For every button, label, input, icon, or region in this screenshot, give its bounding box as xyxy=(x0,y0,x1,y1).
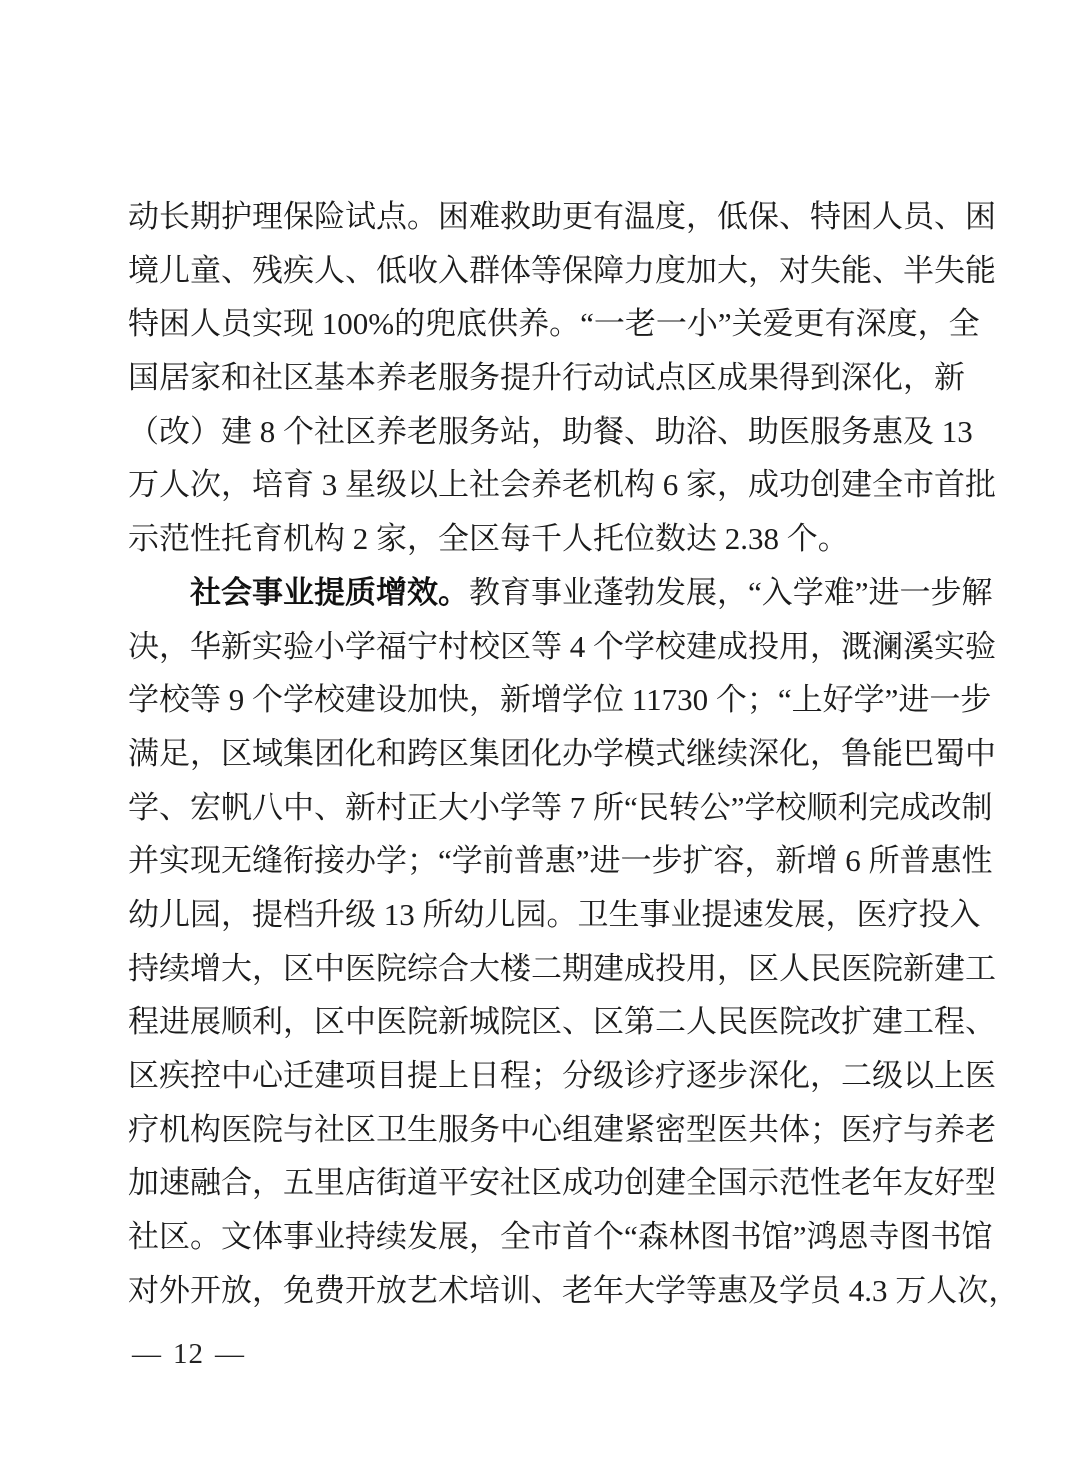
paragraph-social-programs: 社会事业提质增效。教育事业蓬勃发展，“入学难”进一步解决，华新实验小学福宁村校区… xyxy=(128,566,946,1318)
text-line: 学校等 9 个学校建设加快，新增学位 11730 个；“上好学”进一步 xyxy=(128,673,946,727)
text-line: 特困人员实现 100%的兜底供养。“一老一小”关爱更有深度，全 xyxy=(128,297,946,351)
text-line: 社区。文体事业持续发展，全市首个“森林图书馆”鸿恩寺图书馆 xyxy=(128,1210,946,1264)
text-segment: 示范性托育机构 2 家，全区每千人托位数达 2.38 个。 xyxy=(128,521,849,556)
paragraph-social-security: 动长期护理保险试点。困难救助更有温度，低保、特困人员、困境儿童、残疾人、低收入群… xyxy=(128,190,946,566)
text-line: 持续增大，区中医院综合大楼二期建成投用，区人民医院新建工 xyxy=(128,942,946,996)
text-segment: 学、宏帆八中、新村正大小学等 7 所“民转公”学校顺利完成改制 xyxy=(128,790,993,825)
text-line: 决，华新实验小学福宁村校区等 4 个学校建成投用，溉澜溪实验 xyxy=(128,620,946,674)
page-number: 12 xyxy=(173,1338,204,1371)
text-segment: 社区。文体事业持续发展，全市首个“森林图书馆”鸿恩寺图书馆 xyxy=(128,1219,993,1254)
text-line: 国居家和社区基本养老服务提升行动试点区成果得到深化，新 xyxy=(128,351,946,405)
text-line: 满足，区域集团化和跨区集团化办学模式继续深化，鲁能巴蜀中 xyxy=(128,727,946,781)
text-segment: 特困人员实现 100%的兜底供养。“一老一小”关爱更有深度，全 xyxy=(128,306,980,341)
text-segment: 动长期护理保险试点。困难救助更有温度，低保、特困人员、困 xyxy=(128,199,996,234)
text-line: 学、宏帆八中、新村正大小学等 7 所“民转公”学校顺利完成改制 xyxy=(128,781,946,835)
text-segment: 国居家和社区基本养老服务提升行动试点区成果得到深化，新 xyxy=(128,360,965,395)
footer-dash-right: — xyxy=(215,1338,245,1371)
text-segment: 区疾控中心迁建项目提上日程；分级诊疗逐步深化，二级以上医 xyxy=(128,1058,996,1093)
text-line: 动长期护理保险试点。困难救助更有温度，低保、特困人员、困 xyxy=(128,190,946,244)
text-segment: 疗机构医院与社区卫生服务中心组建紧密型医共体；医疗与养老 xyxy=(128,1112,996,1147)
text-line: 社会事业提质增效。教育事业蓬勃发展，“入学难”进一步解 xyxy=(128,566,946,620)
text-segment: 决，华新实验小学福宁村校区等 4 个学校建成投用，溉澜溪实验 xyxy=(128,629,996,664)
text-line: 境儿童、残疾人、低收入群体等保障力度加大，对失能、半失能 xyxy=(128,244,946,298)
text-line: 幼儿园，提档升级 13 所幼儿园。卫生事业提速发展，医疗投入 xyxy=(128,888,946,942)
text-line: 区疾控中心迁建项目提上日程；分级诊疗逐步深化，二级以上医 xyxy=(128,1049,946,1103)
text-line: 示范性托育机构 2 家，全区每千人托位数达 2.38 个。 xyxy=(128,512,946,566)
text-line: 加速融合，五里店街道平安社区成功创建全国示范性老年友好型 xyxy=(128,1156,946,1210)
text-segment: 持续增大，区中医院综合大楼二期建成投用，区人民医院新建工 xyxy=(128,951,996,986)
text-line: （改）建 8 个社区养老服务站，助餐、助浴、助医服务惠及 13 xyxy=(128,405,946,459)
text-line: 万人次，培育 3 星级以上社会养老机构 6 家，成功创建全市首批 xyxy=(128,458,946,512)
text-segment: 加速融合，五里店街道平安社区成功创建全国示范性老年友好型 xyxy=(128,1165,996,1200)
text-segment: 万人次，培育 3 星级以上社会养老机构 6 家，成功创建全市首批 xyxy=(128,467,996,502)
text-segment: 程进展顺利，区中医院新城院区、区第二人民医院改扩建工程、 xyxy=(128,1004,996,1039)
text-segment: 教育事业蓬勃发展，“入学难”进一步解 xyxy=(469,575,993,610)
text-line: 并实现无缝衔接办学；“学前普惠”进一步扩容，新增 6 所普惠性 xyxy=(128,834,946,888)
text-segment: 对外开放，免费开放艺术培训、老年大学等惠及学员 4.3 万人次， xyxy=(128,1273,1019,1308)
text-line: 程进展顺利，区中医院新城院区、区第二人民医院改扩建工程、 xyxy=(128,995,946,1049)
text-segment: 幼儿园，提档升级 13 所幼儿园。卫生事业提速发展，医疗投入 xyxy=(128,897,981,932)
footer-dash-left: — xyxy=(132,1338,162,1371)
text-segment: （改）建 8 个社区养老服务站，助餐、助浴、助医服务惠及 13 xyxy=(128,414,973,449)
text-line: 疗机构医院与社区卫生服务中心组建紧密型医共体；医疗与养老 xyxy=(128,1103,946,1157)
text-segment: 境儿童、残疾人、低收入群体等保障力度加大，对失能、半失能 xyxy=(128,253,996,288)
page-footer: — 12 — xyxy=(132,1338,245,1371)
text-segment: 并实现无缝衔接办学；“学前普惠”进一步扩容，新增 6 所普惠性 xyxy=(128,843,993,878)
text-segment: 满足，区域集团化和跨区集团化办学模式继续深化，鲁能巴蜀中 xyxy=(128,736,996,771)
text-block: 动长期护理保险试点。困难救助更有温度，低保、特困人员、困境儿童、残疾人、低收入群… xyxy=(128,190,946,1317)
text-segment: 学校等 9 个学校建设加快，新增学位 11730 个；“上好学”进一步 xyxy=(128,682,991,717)
document-page: 动长期护理保险试点。困难救助更有温度，低保、特困人员、困境儿童、残疾人、低收入群… xyxy=(0,0,1074,1458)
text-line: 对外开放，免费开放艺术培训、老年大学等惠及学员 4.3 万人次， xyxy=(128,1264,946,1318)
paragraph-lead: 社会事业提质增效。 xyxy=(190,575,469,610)
